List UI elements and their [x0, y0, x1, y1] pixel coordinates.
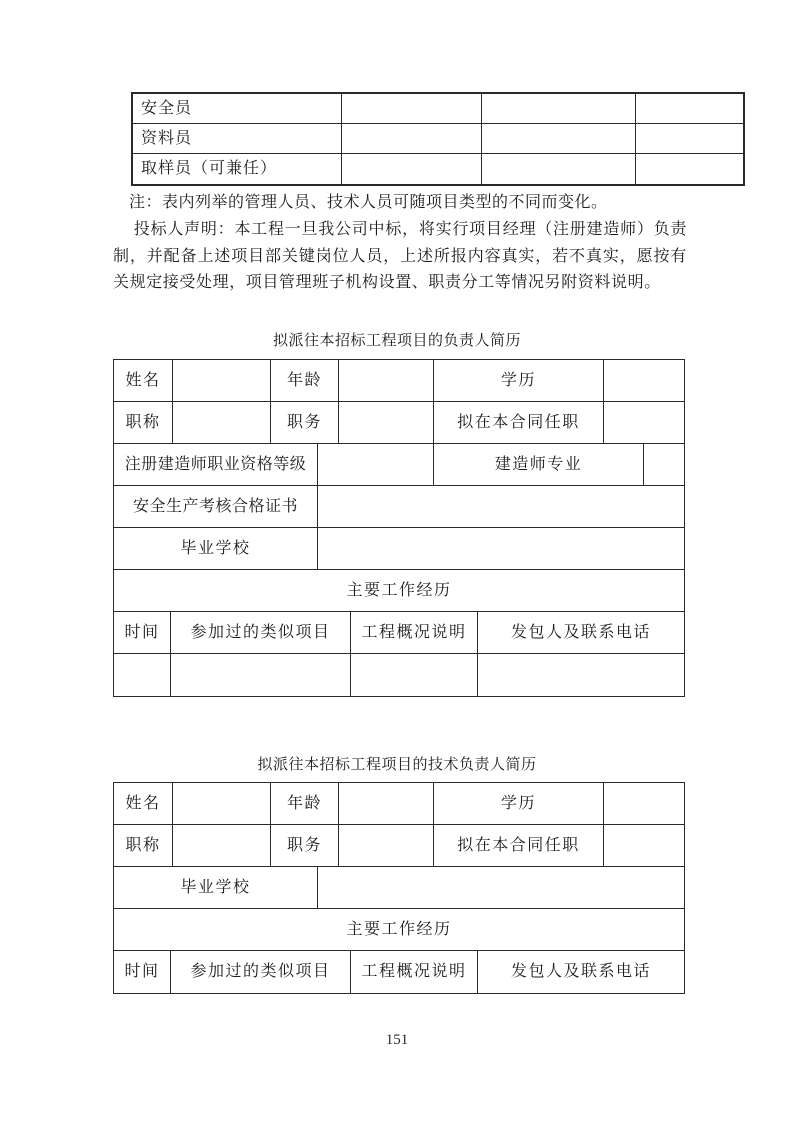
project-overview-header-cell: 工程概况说明: [351, 612, 478, 653]
professional-title-label-cell: 职称: [114, 825, 173, 866]
table-note: 注：表内列举的管理人员、技术人员可随项目类型的不同而变化。: [113, 192, 691, 214]
table-row: 主要工作经历: [114, 570, 684, 612]
blank-cell: [342, 94, 482, 123]
blank-cell: [644, 444, 684, 485]
blank-cell: [636, 94, 743, 123]
time-header-cell: 时间: [114, 951, 171, 993]
age-label-cell: 年龄: [271, 783, 339, 824]
table-row: 安全员: [133, 94, 743, 124]
proposed-contract-post-label-cell: 拟在本合同任职: [434, 402, 604, 443]
work-experience-header-cell: 主要工作经历: [114, 909, 684, 950]
graduation-school-label-cell: 毕业学校: [114, 867, 318, 908]
table-row: 时间 参加过的类似项目 工程概况说明 发包人及联系电话: [114, 612, 684, 654]
time-header-cell: 时间: [114, 612, 171, 653]
table-row: 姓名 年龄 学历: [114, 783, 684, 825]
blank-cell: [171, 654, 351, 696]
page-number: 151: [0, 1032, 794, 1049]
education-label-cell: 学历: [434, 360, 604, 401]
table-row: 毕业学校: [114, 867, 684, 909]
blank-cell: [636, 154, 743, 184]
blank-cell: [318, 486, 684, 527]
blank-cell: [604, 783, 684, 824]
blank-cell: [604, 825, 684, 866]
blank-cell: [173, 825, 271, 866]
document-page: 安全员 资料员 取样员（可兼任） 注：表内列举的管理人员、技术人员可随项目类型的…: [0, 0, 794, 1122]
table-row: 注册建造师职业资格等级 建造师专业: [114, 444, 684, 486]
work-experience-header-cell: 主要工作经历: [114, 570, 684, 611]
blank-cell: [339, 402, 434, 443]
table-row: 姓名 年龄 学历: [114, 360, 684, 402]
blank-cell: [636, 124, 743, 153]
table-row: 安全生产考核合格证书: [114, 486, 684, 528]
blank-cell: [318, 444, 434, 485]
blank-cell: [342, 154, 482, 184]
safety-officer-label-cell: 安全员: [133, 94, 342, 123]
blank-cell: [351, 654, 478, 696]
employer-contact-header-cell: 发包人及联系电话: [478, 951, 684, 993]
education-label-cell: 学历: [434, 783, 604, 824]
blank-cell: [478, 654, 684, 696]
similar-projects-header-cell: 参加过的类似项目: [171, 612, 351, 653]
safety-assessment-certificate-label-cell: 安全生产考核合格证书: [114, 486, 318, 527]
name-label-cell: 姓名: [114, 783, 173, 824]
table-row: 职称 职务 拟在本合同任职: [114, 825, 684, 867]
name-label-cell: 姓名: [114, 360, 173, 401]
registered-constructor-grade-label-cell: 注册建造师职业资格等级: [114, 444, 318, 485]
blank-cell: [173, 783, 271, 824]
table-row: [114, 654, 684, 696]
similar-projects-header-cell: 参加过的类似项目: [171, 951, 351, 993]
table-row: 资料员: [133, 124, 743, 154]
professional-title-label-cell: 职称: [114, 402, 173, 443]
blank-cell: [604, 402, 684, 443]
blank-cell: [339, 825, 434, 866]
project-leader-resume-title: 拟派往本招标工程项目的负责人简历: [0, 329, 794, 350]
table-row: 取样员（可兼任）: [133, 154, 743, 184]
position-label-cell: 职务: [271, 825, 339, 866]
bidder-declaration: 投标人声明：本工程一旦我公司中标，将实行项目经理（注册建造师）负责制，并配备上述…: [113, 217, 687, 297]
blank-cell: [318, 528, 684, 569]
blank-cell: [114, 654, 171, 696]
blank-cell: [604, 360, 684, 401]
blank-cell: [482, 154, 636, 184]
blank-cell: [342, 124, 482, 153]
graduation-school-label-cell: 毕业学校: [114, 528, 318, 569]
table-row: 职称 职务 拟在本合同任职: [114, 402, 684, 444]
table-row: 主要工作经历: [114, 909, 684, 951]
blank-cell: [173, 402, 271, 443]
technical-leader-resume-table: 姓名 年龄 学历 职称 职务 拟在本合同任职 毕业学校 主要工作经历 时间 参加…: [113, 782, 685, 994]
technical-leader-resume-title: 拟派往本招标工程项目的技术负责人简历: [0, 753, 794, 774]
table-row: 毕业学校: [114, 528, 684, 570]
age-label-cell: 年龄: [271, 360, 339, 401]
documenter-label-cell: 资料员: [133, 124, 342, 153]
blank-cell: [339, 783, 434, 824]
key-staff-table: 安全员 资料员 取样员（可兼任）: [131, 92, 745, 186]
project-overview-header-cell: 工程概况说明: [351, 951, 478, 993]
employer-contact-header-cell: 发包人及联系电话: [478, 612, 684, 653]
proposed-contract-post-label-cell: 拟在本合同任职: [434, 825, 604, 866]
project-leader-resume-table: 姓名 年龄 学历 职称 职务 拟在本合同任职 注册建造师职业资格等级 建造师专业…: [113, 359, 685, 697]
blank-cell: [173, 360, 271, 401]
table-row: 时间 参加过的类似项目 工程概况说明 发包人及联系电话: [114, 951, 684, 993]
blank-cell: [482, 124, 636, 153]
blank-cell: [482, 94, 636, 123]
blank-cell: [318, 867, 684, 908]
blank-cell: [339, 360, 434, 401]
sampler-label-cell: 取样员（可兼任）: [133, 154, 342, 184]
position-label-cell: 职务: [271, 402, 339, 443]
constructor-major-label-cell: 建造师专业: [434, 444, 644, 485]
